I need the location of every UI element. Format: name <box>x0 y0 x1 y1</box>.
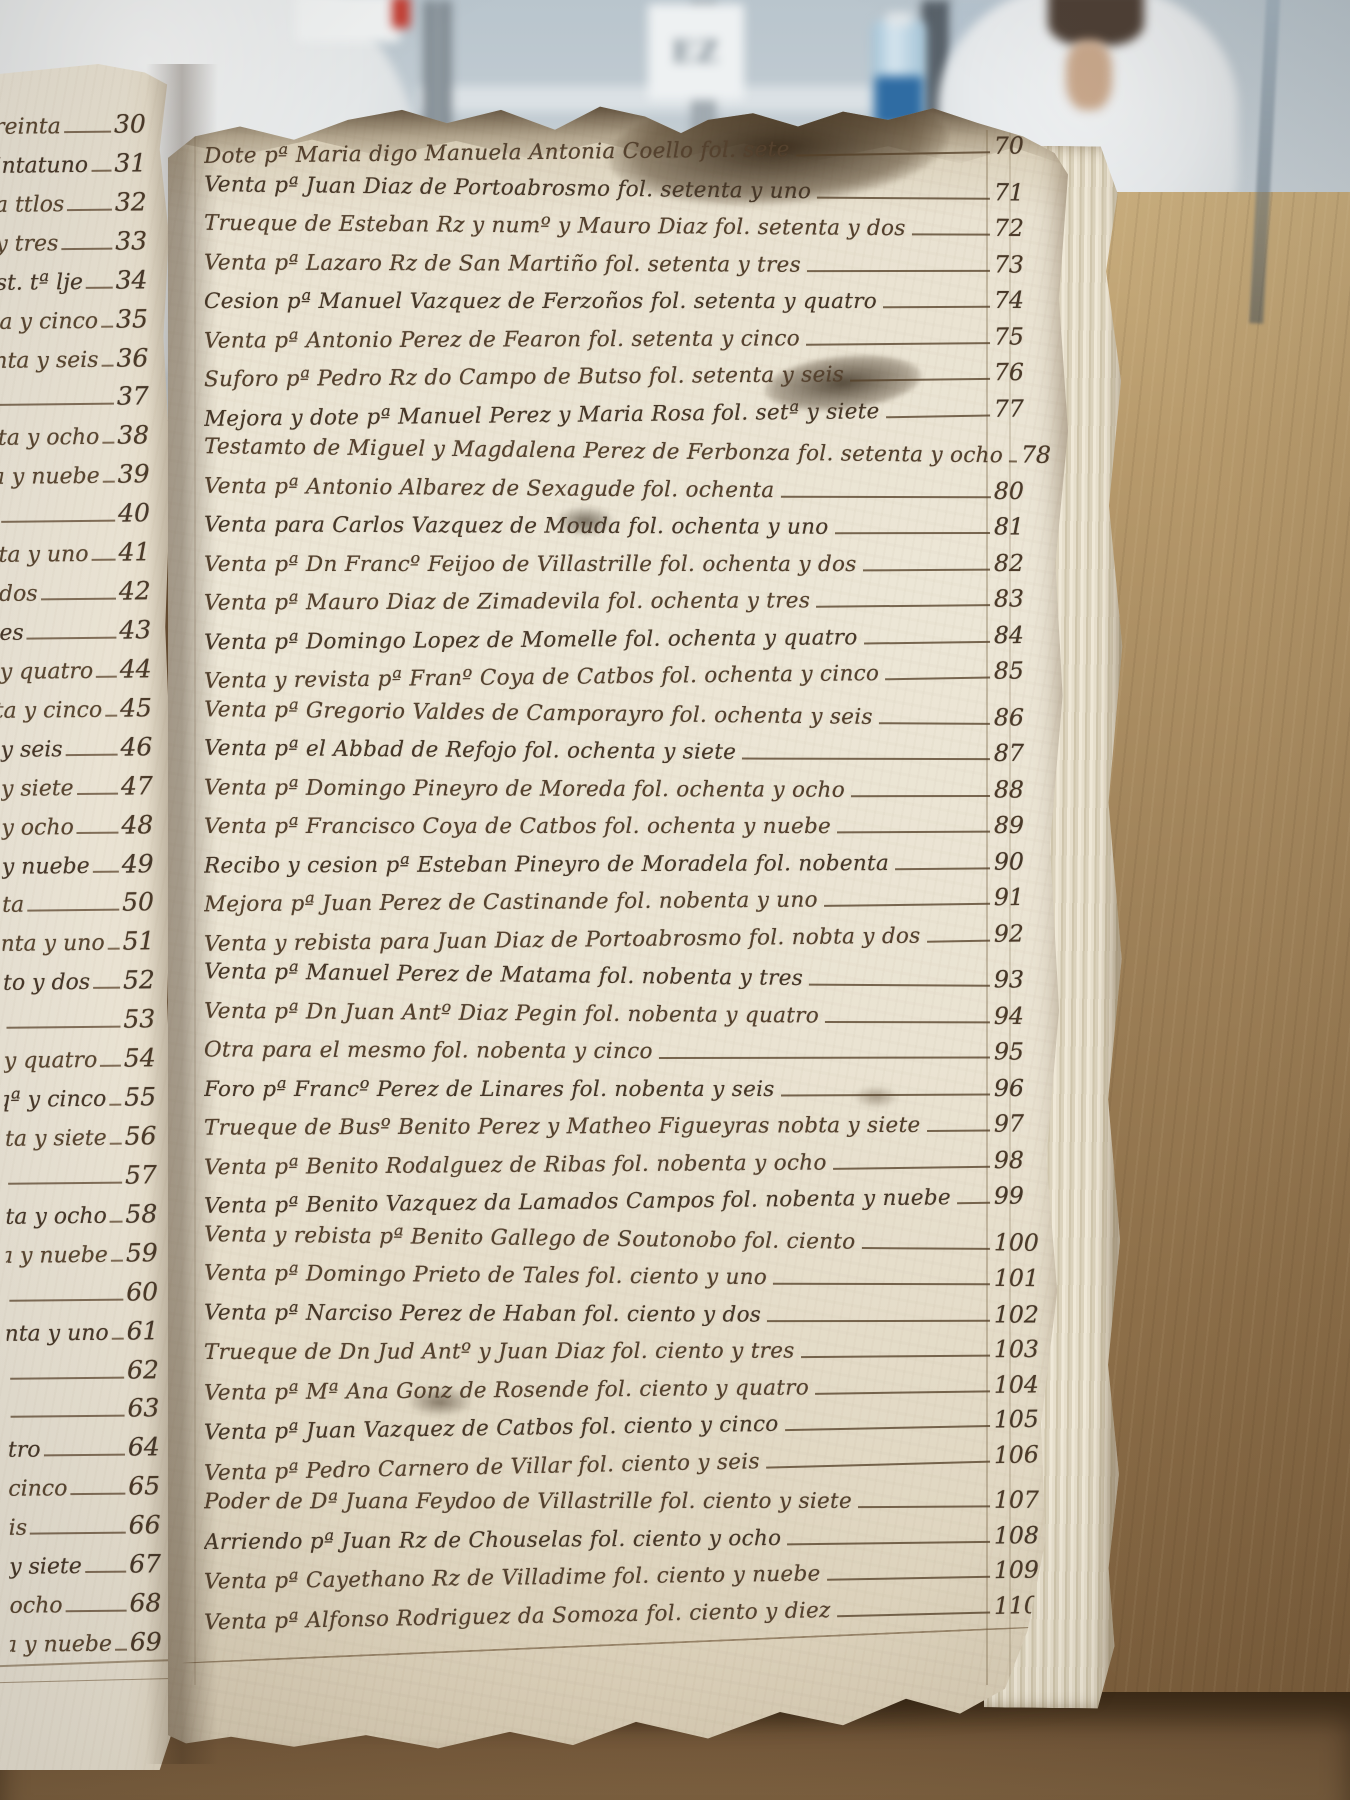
entry-text: Venta pª el Abbad de Refojo fol. ochenta… <box>204 736 736 765</box>
entry-text: Venta pª Cayethano Rz de Villadime fol. … <box>204 1561 821 1594</box>
leader-line <box>110 1143 122 1145</box>
leader-line <box>883 306 990 309</box>
leader-line <box>879 722 990 725</box>
index-entry: Venta pª Gregorio Valdes de Camporayro f… <box>204 694 1050 733</box>
entry-text: Venta pª Narciso Perez de Haban fol. cie… <box>204 1300 761 1327</box>
entry-text-clip: is <box>9 1516 28 1541</box>
entry-text: ta <box>2 893 24 918</box>
entry-text-clip: nta y seis <box>0 347 99 373</box>
entry-text: y siete <box>1 776 74 802</box>
index-entry: y quatro 54 <box>4 1043 164 1075</box>
entry-text: nta y uno <box>3 931 105 957</box>
archive-photo: EZ reinta 30 intatuno 31 <box>0 0 1350 1800</box>
entry-text-clip: intatuno <box>0 153 88 179</box>
folio-number: 84 <box>994 620 1050 648</box>
entry-text: Venta pª Antonio Albarez de Sexagude fol… <box>204 473 775 502</box>
entry-text-clip: a ttlos <box>0 192 64 218</box>
entry-text: intatuno <box>0 153 88 179</box>
leader-line <box>92 559 116 561</box>
entry-text: Venta pª Mauro Diaz de Zimadevila fol. o… <box>204 588 810 615</box>
leader-line <box>781 1093 990 1096</box>
folio-number: 32 <box>115 187 155 216</box>
entry-text: Venta pª Benito Vazquez da Lamados Campo… <box>204 1185 951 1219</box>
index-entry: dos 42 <box>0 576 159 608</box>
entry-text: nta y siete <box>5 1126 107 1152</box>
index-entry: Venta pª Benito Vazquez da Lamados Campo… <box>204 1181 1050 1220</box>
index-entry: ta y ocho 58 <box>5 1199 165 1231</box>
index-entry: 63 <box>7 1394 167 1426</box>
entry-text: Venta pª Domingo Lopez de Momelle fol. o… <box>204 625 858 655</box>
leader-line <box>9 1298 123 1301</box>
leader-line <box>850 378 990 382</box>
entry-text: Venta pª Juan Diaz de Portoabrosmo fol. … <box>204 172 811 204</box>
left-index-column: reinta 30 intatuno 31 a ttlos 32 y tres … <box>0 109 170 1659</box>
entry-text: st. tª lje <box>0 270 83 296</box>
leader-line <box>801 1355 990 1358</box>
entry-text: y quatro <box>0 659 93 685</box>
leader-line <box>64 131 111 133</box>
leader-line <box>766 1460 990 1468</box>
leader-line <box>851 795 990 797</box>
leader-line <box>93 987 120 989</box>
entry-text: Venta pª Antonio Perez de Fearon fol. se… <box>204 326 800 353</box>
entry-text: cinco <box>8 1476 67 1502</box>
leader-line <box>864 640 990 644</box>
index-entry: Suforo pª Pedro Rz do Campo de Butso fol… <box>204 358 1050 393</box>
leader-line <box>112 1337 124 1339</box>
entry-text-clip: nta y uno <box>7 1320 109 1346</box>
leader-line <box>10 1376 124 1379</box>
entry-text-clip: ta y cinco <box>0 308 98 334</box>
folio-number: 65 <box>128 1471 168 1500</box>
shelf-box <box>295 0 400 42</box>
entry-text: ta y nuebe <box>0 464 100 490</box>
entry-text: Venta y rebista pª Benito Gallego de Sou… <box>204 1222 856 1255</box>
entry-text: to y dos <box>3 970 90 996</box>
index-entry: Poder de Dª Juana Feydoo de Villastrille… <box>204 1486 1050 1516</box>
leader-line <box>111 1259 123 1261</box>
folio-number: 106 <box>994 1439 1051 1468</box>
leader-line <box>85 1571 126 1573</box>
folio-number: 59 <box>126 1238 166 1267</box>
leader-line <box>787 1540 990 1544</box>
index-entry: a ttlos 32 <box>0 187 155 219</box>
index-entry: Venta pª Juan Vazquez de Catbos fol. cie… <box>204 1405 1050 1447</box>
index-entry: y ocho 48 <box>1 810 161 842</box>
index-entry: 60 <box>6 1277 166 1309</box>
leader-line <box>61 247 112 250</box>
index-entry: enta y ocho 38 <box>0 421 157 453</box>
computer-monitor <box>1239 0 1350 403</box>
entry-text: a ttlos <box>0 192 64 218</box>
folio-number: 76 <box>994 358 1050 386</box>
leader-line <box>66 1610 127 1613</box>
entry-text-clip: to y dos <box>3 970 90 996</box>
folio-number: 81 <box>994 512 1050 540</box>
leader-line <box>96 676 117 678</box>
index-entry: Venta pª Benito Rodalguez de Ribas fol. … <box>204 1145 1050 1180</box>
leader-line <box>833 1165 990 1169</box>
entry-text: Venta pª Manuel Perez de Matama fol. nob… <box>204 959 803 991</box>
entry-text: y seis <box>0 737 62 763</box>
entry-text: Suforo pª Pedro Rz do Campo de Butso fol… <box>204 362 844 392</box>
leader-line <box>105 714 117 716</box>
entry-text: ta y cinco <box>0 308 98 334</box>
leader-line <box>8 1181 122 1184</box>
entry-text-clip: ta <box>2 893 24 918</box>
leader-line <box>109 1104 121 1106</box>
index-entry: Testamto de Miguel y Magdalena Perez de … <box>204 431 1050 470</box>
leader-line <box>835 532 990 534</box>
folio-number: 41 <box>118 537 158 566</box>
folio-number: 101 <box>994 1264 1050 1292</box>
leader-line <box>827 1576 990 1581</box>
entry-text-clip: enta y cinco <box>0 698 102 724</box>
entry-text: Venta pª Domingo Pineyro de Moreda fol. … <box>204 775 845 802</box>
entry-text: Otra para el mesmo fol. nobenta y cinco <box>204 1037 653 1064</box>
entry-text: Venta pª Dn Francº Feijoo de Villastrill… <box>204 552 857 577</box>
leader-line <box>659 1057 990 1059</box>
manuscript-page: Dote pª Maria digo Manuela Antonia Coell… <box>168 100 1068 1755</box>
index-entry: is 66 <box>9 1510 169 1542</box>
index-entry: nta y siete 56 <box>4 1121 164 1153</box>
index-entry: Trueque de Esteban Rz y numº y Mauro Dia… <box>204 208 1050 243</box>
entry-text: is <box>9 1516 28 1541</box>
index-entry: y siete 47 <box>1 771 161 803</box>
entry-text: dos <box>0 582 38 607</box>
folio-number: 42 <box>119 576 159 605</box>
folio-number: 102 <box>994 1300 1050 1328</box>
leader-line <box>44 1454 125 1457</box>
leader-line <box>11 1415 125 1418</box>
folio-number: 68 <box>129 1588 169 1617</box>
entry-text: Venta pª Dn Juan Antº Diaz Pegin fol. no… <box>204 998 819 1028</box>
leader-line <box>773 1283 990 1286</box>
person-right-head <box>1048 0 1144 46</box>
index-entry: Venta pª Domingo Prieto de Tales fol. ci… <box>204 1258 1050 1293</box>
index-entry: y quatro 44 <box>0 654 160 686</box>
folio-number: 57 <box>125 1160 165 1189</box>
leader-line <box>817 196 990 199</box>
folio-number: 49 <box>122 849 162 878</box>
folio-number: 44 <box>120 654 160 683</box>
leader-line <box>91 170 111 172</box>
leader-line <box>742 758 990 761</box>
entry-text: y quatro <box>4 1048 98 1074</box>
index-entry: Venta pª Juan Diaz de Portoabrosmo fol. … <box>204 169 1050 208</box>
index-entry: Recibo y cesion pª Esteban Pineyro de Mo… <box>204 847 1050 879</box>
index-entry: nta y uno 51 <box>2 927 162 959</box>
leader-line <box>780 495 990 498</box>
index-entry: intatuno 31 <box>0 148 155 180</box>
folio-number: 67 <box>129 1549 169 1578</box>
entry-text: y siete <box>9 1554 82 1580</box>
folio-number: 39 <box>118 459 158 488</box>
index-entry: Venta pª Antonio Albarez de Sexagude fol… <box>204 470 1050 505</box>
entry-text-clip: st. tª lje <box>0 270 83 296</box>
entry-text: ocho <box>9 1593 62 1619</box>
entry-text: Arriendo pª Juan Rz de Chouselas fol. ci… <box>204 1525 782 1554</box>
index-entry: st. tª lje 34 <box>0 265 156 297</box>
folio-number: 66 <box>129 1510 169 1539</box>
leader-line <box>858 1505 990 1508</box>
entry-text: enta y ocho <box>0 425 99 451</box>
entry-text-clip: enta y nuebe <box>10 1632 112 1658</box>
folio-number: 63 <box>127 1394 167 1423</box>
leader-line <box>86 286 113 288</box>
folio-number: 107 <box>994 1486 1050 1514</box>
entry-text: y nuebe <box>2 853 90 879</box>
index-entry: Venta y rebista pª Benito Gallego de Sou… <box>204 1219 1050 1258</box>
folio-number: 82 <box>994 549 1050 577</box>
folio-number: 46 <box>120 732 160 761</box>
entry-text-clip: ta y ocho <box>5 1204 107 1230</box>
wall-sign: EZ <box>648 4 744 100</box>
folio-number: 103 <box>994 1335 1050 1363</box>
entry-text: tro <box>8 1438 41 1463</box>
index-entry: to y dos 52 <box>3 965 163 997</box>
leader-line <box>27 909 119 912</box>
folio-number: 74 <box>994 286 1050 314</box>
entry-text: es <box>0 621 24 646</box>
rule-line <box>0 1659 182 1667</box>
folio-number: 85 <box>994 656 1050 685</box>
folio-number: 56 <box>124 1121 164 1150</box>
entry-text: y tres <box>0 231 59 257</box>
index-entry: ta y nuebe 59 <box>6 1238 166 1270</box>
folio-number: 60 <box>126 1277 166 1306</box>
index-entry: Venta pª Dn Juan Antº Diaz Pegin fol. no… <box>204 995 1050 1030</box>
index-entry: Venta pª Cayethano Rz de Villadime fol. … <box>204 1555 1050 1595</box>
entry-text-clip: cinco <box>8 1476 67 1502</box>
leader-line <box>108 948 120 950</box>
entry-text-clip: tro <box>8 1438 41 1463</box>
entry-text-clip: y ocho <box>1 815 74 841</box>
leader-line <box>895 867 990 870</box>
folio-number: 40 <box>118 498 158 527</box>
index-entry: Arriendo pª Juan Rz de Chouselas fol. ci… <box>204 1521 1050 1556</box>
folio-number: 71 <box>994 178 1050 207</box>
entry-text-clip: y tres <box>0 231 59 257</box>
folio-number: 80 <box>994 476 1050 504</box>
entry-text: Venta y revista pª Franº Coya de Catbos … <box>204 661 879 694</box>
index-entry: Venta pª Alfonso Rodriguez da Somoza fol… <box>204 1590 1050 1636</box>
leader-line <box>886 414 990 418</box>
entry-text-clip: nta y uno <box>3 931 105 957</box>
leader-line <box>863 568 990 571</box>
leader-line <box>767 1319 990 1321</box>
leader-line <box>809 984 990 987</box>
index-entry: y seis 46 <box>0 732 160 764</box>
entry-text: Trueque de Busº Benito Perez y Matheo Fi… <box>204 1113 921 1141</box>
entry-text-clip: y seis <box>0 737 62 763</box>
index-entry: Venta pª Pedro Carnero de Villar fol. ci… <box>204 1439 1050 1486</box>
index-entry: reinta 30 <box>0 109 154 141</box>
leader-line <box>816 604 990 608</box>
folio-number: 98 <box>994 1145 1050 1173</box>
folio-number: 88 <box>994 775 1050 803</box>
index-entry: Foro pª Francº Perez de Linares fol. nob… <box>204 1074 1050 1103</box>
entry-text-clip: pª cinqª y cinco <box>4 1087 106 1113</box>
entry-text-clip: es <box>0 621 24 646</box>
folio-number: 43 <box>119 615 159 644</box>
leader-line <box>785 1425 990 1431</box>
leader-line <box>912 233 990 235</box>
index-entry: y nuebe 49 <box>2 849 162 881</box>
folio-number: 95 <box>994 1037 1050 1065</box>
entry-text-clip: reinta <box>0 114 61 140</box>
fold-crease <box>194 130 196 1685</box>
index-entry: nta y seis 36 <box>0 343 157 375</box>
entry-text-clip: ta y uno <box>0 542 89 568</box>
entry-text: Testamto de Miguel y Magdalena Perez de … <box>204 434 1003 468</box>
folio-number: 30 <box>114 109 154 138</box>
leader-line <box>927 1129 991 1132</box>
entry-text: Poder de Dª Juana Feydoo de Villastrille… <box>204 1489 852 1514</box>
index-entry: Venta pª Mauro Diaz de Zimadevila fol. o… <box>204 584 1050 616</box>
folio-number: 48 <box>121 810 161 839</box>
folio-number: 54 <box>124 1043 164 1072</box>
folio-number: 91 <box>994 883 1050 911</box>
entry-text: Recibo y cesion pª Esteban Pineyro de Mo… <box>204 850 889 878</box>
entry-text-clip: ta y nuebe <box>6 1242 108 1268</box>
entry-text: Trueque de Esteban Rz y numº y Mauro Dia… <box>204 211 906 241</box>
wall-sign-text: EZ <box>672 35 721 70</box>
folio-number: 108 <box>994 1521 1050 1549</box>
entry-text: nta y uno <box>7 1320 109 1346</box>
bottle-cap <box>886 12 912 26</box>
index-entry: Venta pª el Abbad de Refojo fol. ochenta… <box>204 733 1050 768</box>
folio-number: 83 <box>994 584 1050 612</box>
index-entry: Mejora y dote pª Manuel Perez y Maria Ro… <box>204 394 1050 433</box>
leader-line <box>66 753 118 756</box>
index-entry: tro 64 <box>8 1432 168 1464</box>
leader-line <box>103 481 115 483</box>
folio-number: 72 <box>994 214 1050 242</box>
index-entry: y siete 67 <box>9 1549 169 1581</box>
folio-number: 31 <box>114 148 154 177</box>
index-entry: 37 <box>0 382 157 414</box>
entry-text-clip: y quatro <box>0 659 93 685</box>
index-entry: Dote pª Maria digo Manuela Antonia Coell… <box>204 131 1050 170</box>
entry-text: Venta pª Alfonso Rodriguez da Somoza fol… <box>204 1598 831 1635</box>
folio-number: 47 <box>121 771 161 800</box>
index-entry: 57 <box>5 1160 165 1192</box>
entry-text: ta y ocho <box>5 1204 107 1230</box>
folio-number: 89 <box>994 811 1050 839</box>
index-entry: Venta pª Mª Ana Gonz de Rosende fol. cie… <box>204 1370 1050 1406</box>
folio-number: 69 <box>130 1627 170 1656</box>
index-entry: Trueque de Dn Jud Antº y Juan Diaz fol. … <box>204 1335 1050 1366</box>
leader-line <box>837 1611 990 1617</box>
leader-line <box>100 1065 121 1067</box>
index-entry: nta y uno 61 <box>7 1316 167 1348</box>
leader-line <box>825 1020 990 1022</box>
leader-line <box>806 342 990 346</box>
index-entry: Venta pª Lazaro Rz de San Martiño fol. s… <box>204 247 1050 279</box>
index-entry: Cesion pª Manuel Vazquez de Ferzoños fol… <box>204 286 1050 315</box>
entry-text: Mejora y dote pª Manuel Perez y Maria Ro… <box>204 399 880 432</box>
leader-line <box>957 1202 990 1205</box>
index-entry: Venta pª Francisco Coya de Catbos fol. o… <box>204 811 1050 840</box>
entry-text: ta y nuebe <box>6 1242 108 1268</box>
index-entry: pª cinqª y cinco 55 <box>4 1082 164 1114</box>
entry-text-clip: ocho <box>9 1593 62 1619</box>
index-entry: ocho 68 <box>9 1588 169 1620</box>
folio-number: 87 <box>994 739 1050 767</box>
entry-text-clip: y quatro <box>4 1048 98 1074</box>
folio-number: 73 <box>994 250 1050 278</box>
folio-number: 99 <box>994 1181 1050 1210</box>
folio-number: 92 <box>994 919 1050 948</box>
folio-number: 100 <box>994 1228 1050 1257</box>
person-right-hands <box>1066 40 1112 110</box>
entry-text: Foro pª Francº Perez de Linares fol. nob… <box>204 1077 775 1102</box>
folio-number: 61 <box>127 1316 167 1345</box>
leader-line <box>70 1493 125 1496</box>
leader-line <box>77 792 118 794</box>
folio-number: 53 <box>123 1004 163 1033</box>
entry-text: Venta pª Francisco Coya de Catbos fol. o… <box>204 814 831 839</box>
entry-text: Trueque de Dn Jud Antº y Juan Diaz fol. … <box>204 1339 795 1365</box>
index-entry: ta y cinco 35 <box>0 304 156 336</box>
entry-text-clip: enta y ocho <box>0 425 99 451</box>
index-entry: 40 <box>0 498 158 530</box>
folio-number: 96 <box>994 1074 1050 1102</box>
entry-text-clip: nta y siete <box>5 1126 107 1152</box>
entry-text-clip: ta y nuebe <box>0 464 100 490</box>
entry-text-clip: dos <box>0 582 38 607</box>
index-entry: Venta pª Domingo Lopez de Momelle fol. o… <box>204 620 1050 655</box>
index-entry: Venta para Carlos Vazquez de Mouda fol. … <box>204 509 1050 541</box>
index-entry: Venta pª Narciso Perez de Haban fol. cie… <box>204 1297 1050 1329</box>
index-entry: Otra para el mesmo fol. nobenta y cinco … <box>204 1034 1050 1066</box>
leader-line <box>1 520 115 523</box>
entry-text: Venta para Carlos Vazquez de Mouda fol. … <box>204 512 829 539</box>
leader-line <box>41 598 116 601</box>
rule-line <box>0 1678 182 1684</box>
folio-number: 62 <box>127 1355 167 1384</box>
entry-text: Venta y rebista para Juan Diaz de Portoa… <box>204 923 921 956</box>
entry-text: Cesion pª Manuel Vazquez de Ferzoños fol… <box>204 289 877 314</box>
folio-number: 86 <box>994 703 1050 732</box>
folio-number: 94 <box>994 1001 1050 1029</box>
entry-text: Venta pª Domingo Prieto de Tales fol. ci… <box>204 1261 767 1290</box>
leader-line <box>115 1649 127 1651</box>
entry-text: Venta pª Pedro Carnero de Villar fol. ci… <box>204 1449 760 1486</box>
leader-line <box>1009 460 1017 462</box>
leader-line <box>861 1247 989 1250</box>
leader-line <box>807 269 990 271</box>
index-entry: Venta pª Antonio Perez de Fearon fol. se… <box>204 322 1050 354</box>
leader-line <box>93 870 119 872</box>
folio-number: 45 <box>120 693 160 722</box>
folio-number: 52 <box>123 965 163 994</box>
index-entry: Trueque de Busº Benito Perez y Matheo Fi… <box>204 1109 1050 1141</box>
entry-text: Venta pª Gregorio Valdes de Camporayro f… <box>204 697 873 730</box>
index-entry: Venta pª Manuel Perez de Matama fol. nob… <box>204 956 1050 995</box>
folio-number: 37 <box>117 382 157 411</box>
facing-page-edge: reinta 30 intatuno 31 a ttlos 32 y tres … <box>0 64 182 1770</box>
leader-line <box>837 831 990 834</box>
leader-line <box>815 1390 990 1394</box>
folio-number: 90 <box>994 847 1050 875</box>
index-entry: es 43 <box>0 615 160 647</box>
index-entry: ta y uno 41 <box>0 537 159 569</box>
entry-text: Venta pª Juan Vazquez de Catbos fol. cie… <box>204 1412 779 1446</box>
leader-line <box>6 1026 120 1029</box>
index-entry: cinco 65 <box>8 1471 168 1503</box>
